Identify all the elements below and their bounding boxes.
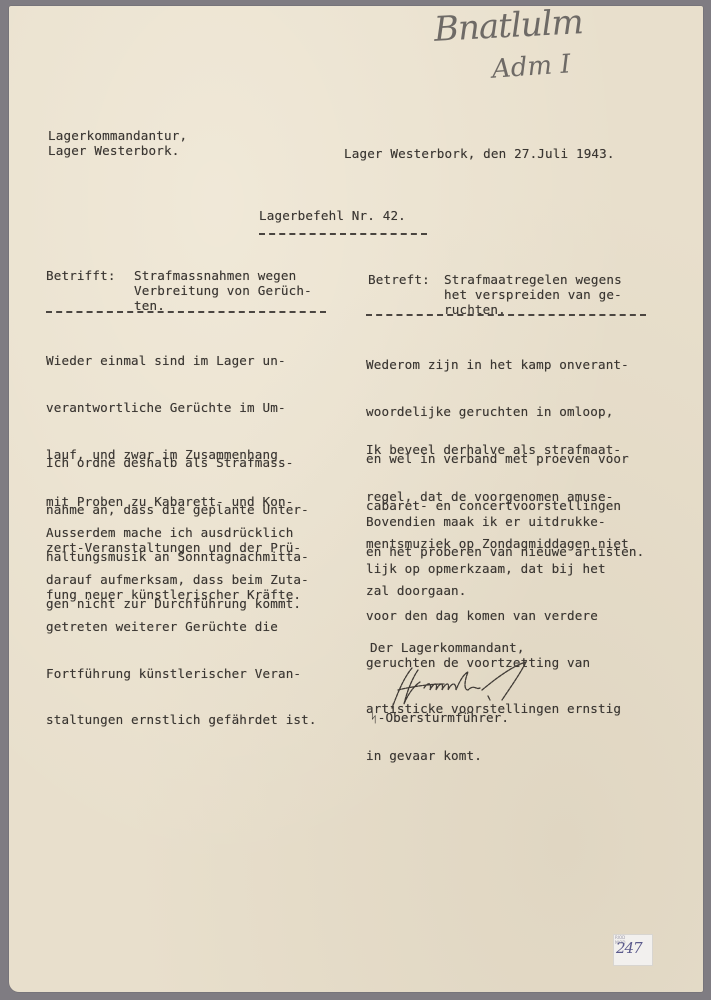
- german-paragraph-3: Ausserdem mache ich ausdrücklich darauf …: [46, 494, 317, 759]
- text-line: Bovendien maak ik er uitdrukke-: [366, 514, 621, 530]
- signature: [384, 660, 534, 716]
- dutch-subject-line: het verspreiden van ge-: [444, 287, 622, 303]
- text-line: Ich ordne deshalb als Strafmass-: [46, 455, 309, 471]
- text-line: lijk op opmerkzaam, dat bij het: [366, 561, 621, 577]
- text-line: Ausserdem mache ich ausdrücklich: [46, 525, 317, 541]
- archive-stamp: RIOD NIOD 247: [613, 934, 653, 966]
- text-line: Ik beveel derhalve als strafmaat-: [366, 442, 629, 458]
- german-subject-line: Strafmassnahmen wegen: [134, 268, 296, 284]
- place-date: Lager Westerbork, den 27.Juli 1943.: [344, 146, 615, 162]
- handwritten-note-line1: Bnatlulm: [433, 2, 584, 50]
- document-title: Lagerbefehl Nr. 42.: [259, 208, 406, 224]
- german-subject-label: Betrifft:: [46, 268, 116, 284]
- handwritten-note-line2: Adm I: [491, 49, 572, 84]
- dutch-subject-line: Strafmaatregelen wegens: [444, 272, 622, 288]
- closing-salutation: Der Lagerkommandant,: [370, 640, 525, 656]
- text-line: darauf aufmerksam, dass beim Zuta-: [46, 572, 317, 588]
- title-underline: [259, 233, 427, 235]
- sender-line1: Lagerkommandantur,: [48, 128, 187, 144]
- dutch-paragraph-3: Bovendien maak ik er uitdrukke- lijk op …: [366, 483, 621, 795]
- text-line: voor den dag komen van verdere: [366, 608, 621, 624]
- text-line: staltungen ernstlich gefährdet ist.: [46, 712, 317, 728]
- dutch-subject-label: Betreft:: [368, 272, 430, 288]
- text-line: Wederom zijn in het kamp onverant-: [366, 357, 644, 373]
- closing-rank: ᛋ-Obersturmführer.: [370, 710, 509, 726]
- german-subject-underline: [46, 311, 326, 313]
- dutch-subject-underline: [366, 314, 646, 316]
- text-line: Wieder einmal sind im Lager un-: [46, 353, 301, 369]
- text-line: getreten weiterer Gerüchte die: [46, 619, 317, 635]
- text-line: in gevaar komt.: [366, 748, 621, 764]
- archive-number: 247: [616, 939, 642, 957]
- sender-line2: Lager Westerbork.: [48, 143, 179, 159]
- text-line: Fortführung künstlerischer Veran-: [46, 666, 317, 682]
- text-line: verantwortliche Gerüchte im Um-: [46, 400, 301, 416]
- german-subject-line: Verbreitung von Gerüch-: [134, 283, 312, 299]
